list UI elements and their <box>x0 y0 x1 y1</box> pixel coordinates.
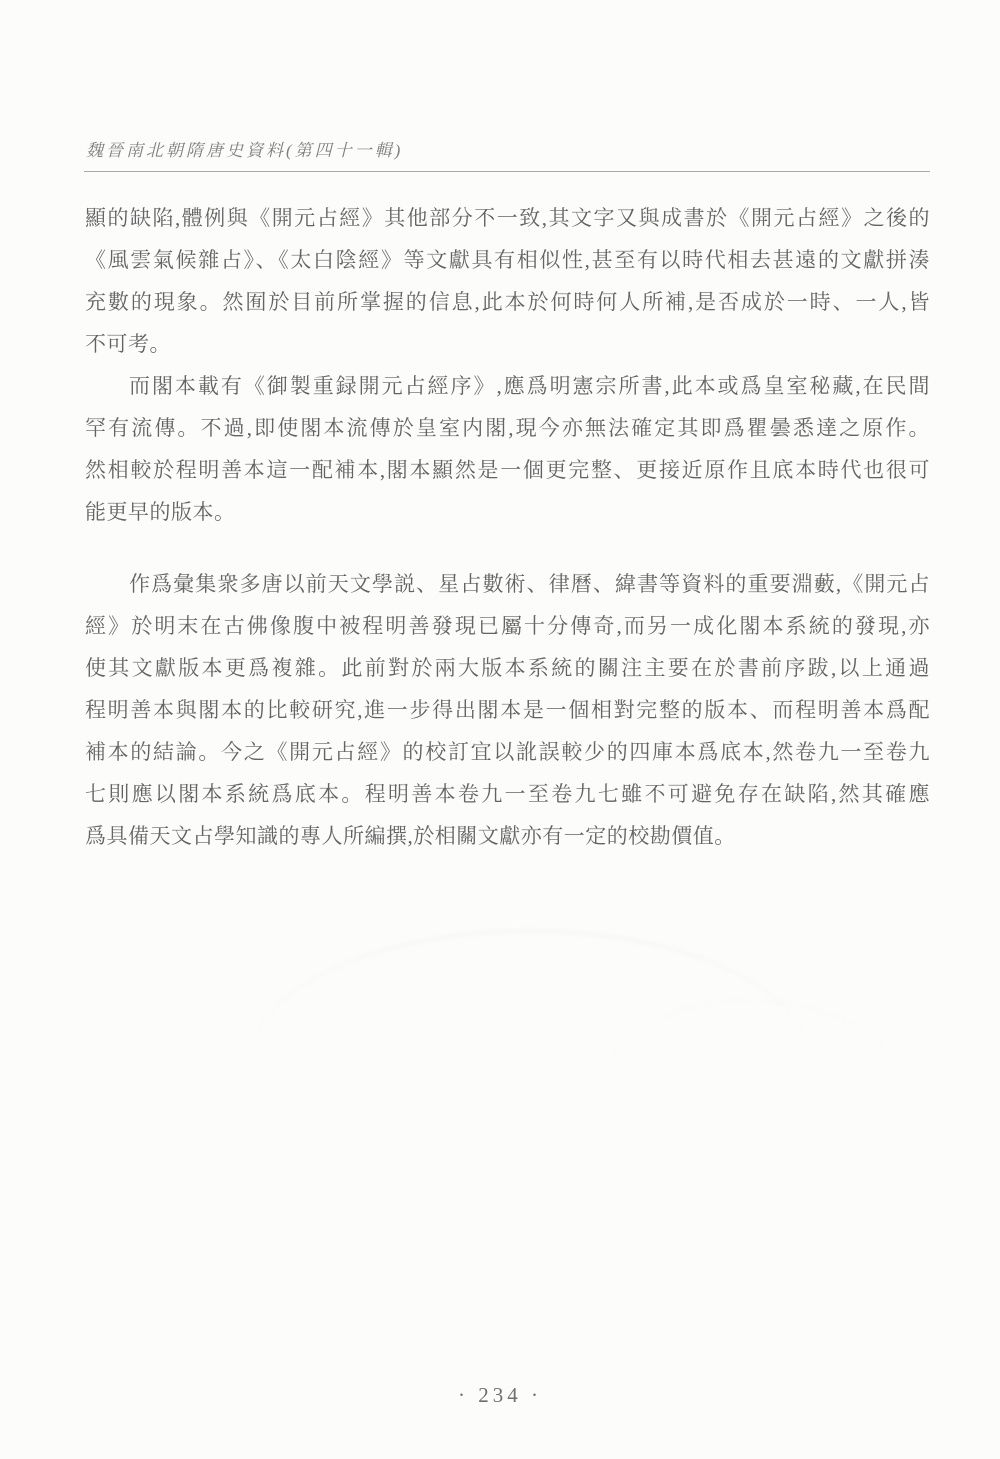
text-line: 經》於明末在古佛像腹中被程明善發現已屬十分傳奇,而另一成化閣本系統的發現,亦 <box>85 605 930 647</box>
header-rule <box>84 171 930 172</box>
scanned-book-page: 魏晉南北朝隋唐史資料(第四十一輯) 顯的缺陷,體例與《開元占經》其他部分不一致,… <box>0 0 1000 1459</box>
paragraph-1: 顯的缺陷,體例與《開元占經》其他部分不一致,其文字又與成書於《開元占經》之後的 … <box>85 197 930 365</box>
text-line: 爲具備天文占學知識的專人所編撰,於相關文獻亦有一定的校勘價值。 <box>85 815 930 857</box>
text-line: 不可考。 <box>85 323 930 365</box>
text-line: 能更早的版本。 <box>85 491 930 533</box>
paragraph-3: 作爲彙集衆多唐以前天文學説、星占數術、律曆、緯書等資料的重要淵藪,《開元占 經》… <box>85 563 930 857</box>
scan-smudge <box>600 1000 900 1181</box>
page-body: 顯的缺陷,體例與《開元占經》其他部分不一致,其文字又與成書於《開元占經》之後的 … <box>85 197 930 857</box>
text-line: 補本的結論。今之《開元占經》的校訂宜以訛誤較少的四庫本爲底本,然卷九一至卷九 <box>85 731 930 773</box>
text-line: 七則應以閣本系統爲底本。程明善本卷九一至卷九七雖不可避免存在缺陷,然其確應 <box>85 773 930 815</box>
text-line: 罕有流傳。不過,即使閣本流傳於皇室内閣,現今亦無法確定其即爲瞿曇悉達之原作。 <box>85 407 930 449</box>
text-line: 程明善本與閣本的比較研究,進一步得出閣本是一個相對完整的版本、而程明善本爲配 <box>85 689 930 731</box>
text-line: 使其文獻版本更爲複雜。此前對於兩大版本系統的關注主要在於書前序跋,以上通過 <box>85 647 930 689</box>
page-number: · 234 · <box>0 1383 1000 1408</box>
text-line: 然相較於程明善本這一配補本,閣本顯然是一個更完整、更接近原作且底本時代也很可 <box>85 449 930 491</box>
text-line: 充數的現象。然囿於目前所掌握的信息,此本於何時何人所補,是否成於一時、一人,皆 <box>85 281 930 323</box>
text-line: 《風雲氣候雜占》、《太白陰經》等文獻具有相似性,甚至有以時代相去甚遠的文獻拼湊 <box>85 239 930 281</box>
scan-smudge <box>250 930 810 1192</box>
text-line: 作爲彙集衆多唐以前天文學説、星占數術、律曆、緯書等資料的重要淵藪,《開元占 <box>85 563 930 605</box>
text-line: 顯的缺陷,體例與《開元占經》其他部分不一致,其文字又與成書於《開元占經》之後的 <box>85 197 930 239</box>
text-line: 而閣本載有《御製重録開元占經序》,應爲明憲宗所書,此本或爲皇室秘藏,在民間 <box>85 365 930 407</box>
paragraph-2: 而閣本載有《御製重録開元占經序》,應爲明憲宗所書,此本或爲皇室秘藏,在民間 罕有… <box>85 365 930 533</box>
running-head: 魏晉南北朝隋唐史資料(第四十一輯) <box>86 136 403 161</box>
